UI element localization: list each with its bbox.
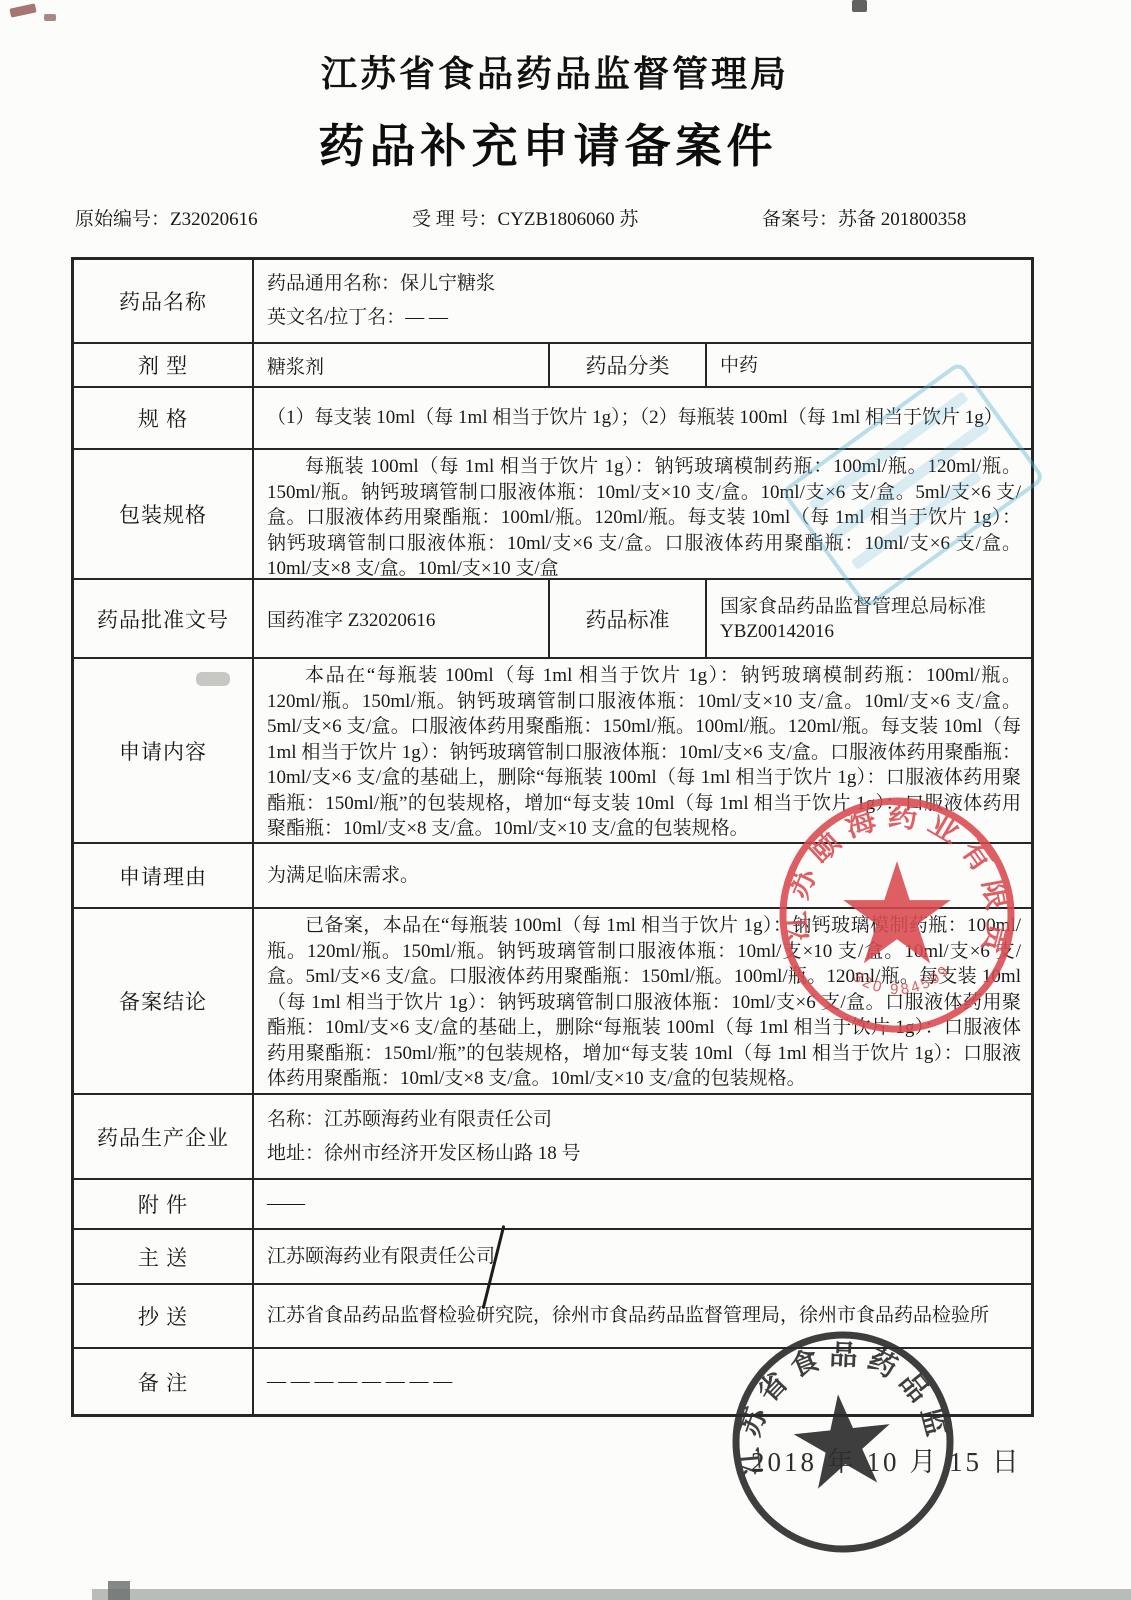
scan-artifact-speck [852,0,867,12]
drug-standard-line1: 国家食品药品监督管理总局标准 [720,594,1021,619]
attachment-value: —— [254,1180,1031,1228]
application-reason-value: 为满足临床需求。 [254,844,1031,907]
main-to-value: 江苏颐海药业有限责任公司 [254,1230,1031,1283]
table-row-approval-no: 药品批准文号 国药准字 Z32020616 药品标准 国家食品药品监督管理总局标… [74,580,1031,659]
original-number: 原始编号：Z32020616 [75,204,258,231]
manufacturer-label: 药品生产企业 [74,1095,254,1178]
copy-to-value: 江苏省食品药品监督检验研究院，徐州市食品药品监督管理局，徐州市食品药品检验所 [254,1285,1031,1347]
drug-name-content: 药品通用名称：保儿宁糖浆 英文名/拉丁名：— — [254,260,1031,342]
record-conclusion-label: 备案结论 [74,909,254,1093]
scan-artifact-speck [9,3,36,17]
document-title: 药品补充申请备案件 [0,110,1096,176]
drug-standard-label: 药品标准 [550,580,707,657]
package-spec-label: 包装规格 [74,450,254,578]
record-number: 备案号：苏备 201800358 [762,204,966,231]
scan-artifact-smudge [196,672,230,686]
table-row-manufacturer: 药品生产企业 名称：江苏颐海药业有限责任公司 地址：徐州市经济开发区杨山路 18… [74,1095,1031,1180]
main-to-label: 主 送 [74,1230,254,1283]
manufacturer-content: 名称：江苏颐海药业有限责任公司 地址：徐州市经济开发区杨山路 18 号 [254,1095,1031,1178]
drug-standard-line2: YBZ00142016 [720,619,1021,644]
application-content-label: 申请内容 [74,659,254,842]
table-row-main-to: 主 送 江苏颐海药业有限责任公司 [74,1230,1031,1285]
table-row-package-spec: 包装规格 每瓶装 100ml（每 1ml 相当于饮片 1g）：钠钙玻璃模制药瓶：… [74,450,1031,580]
application-reason-label: 申请理由 [74,844,254,907]
table-row-dosage-form: 剂 型 糖浆剂 药品分类 中药 [74,344,1031,388]
table-row-drug-name: 药品名称 药品通用名称：保儿宁糖浆 英文名/拉丁名：— — [74,260,1031,344]
scan-edge-band [92,1589,1131,1600]
spec-label: 规 格 [74,388,254,448]
drug-standard-value: 国家食品药品监督管理总局标准 YBZ00142016 [707,580,1031,657]
generic-name-line: 药品通用名称：保儿宁糖浆 [267,271,1021,297]
application-content-value: 本品在“每瓶装 100ml（每 1ml 相当于饮片 1g）：钠钙玻璃模制药瓶：1… [254,659,1031,842]
remark-value: — — — — — — — — [254,1349,1031,1414]
dosage-form-label: 剂 型 [74,344,254,386]
attachment-label: 附 件 [74,1180,254,1228]
scan-edge-smudge [108,1581,130,1600]
table-row-remark: 备 注 — — — — — — — — [74,1349,1031,1414]
remark-label: 备 注 [74,1349,254,1414]
page-title: 江苏省食品药品监督管理局 [0,46,1110,97]
copy-to-label: 抄 送 [74,1285,254,1347]
table-row-application-content: 申请内容 本品在“每瓶装 100ml（每 1ml 相当于饮片 1g）：钠钙玻璃模… [74,659,1031,844]
approval-no-value: 国药准字 Z32020616 [254,580,550,657]
approval-no-label: 药品批准文号 [74,580,254,657]
table-row-attachment: 附 件 —— [74,1180,1031,1230]
table-row-copy-to: 抄 送 江苏省食品药品监督检验研究院，徐州市食品药品监督管理局，徐州市食品药品检… [74,1285,1031,1349]
manufacturer-name-line: 名称：江苏颐海药业有限责任公司 [267,1107,1021,1133]
filing-table: 药品名称 药品通用名称：保儿宁糖浆 英文名/拉丁名：— — 剂 型 糖浆剂 药品… [71,257,1034,1417]
dosage-form-value: 糖浆剂 [254,344,550,386]
record-conclusion-value: 已备案，本品在“每瓶装 100ml（每 1ml 相当于饮片 1g）：钠钙玻璃模制… [254,909,1031,1093]
table-row-application-reason: 申请理由 为满足临床需求。 [74,844,1031,909]
manufacturer-address-line: 地址：徐州市经济开发区杨山路 18 号 [267,1141,1021,1167]
table-row-record-conclusion: 备案结论 已备案，本品在“每瓶装 100ml（每 1ml 相当于饮片 1g）：钠… [74,909,1031,1095]
spec-value: （1）每支装 10ml（每 1ml 相当于饮片 1g）；（2）每瓶装 100ml… [254,388,1031,448]
table-row-spec: 规 格 （1）每支装 10ml（每 1ml 相当于饮片 1g）；（2）每瓶装 1… [74,388,1031,450]
drug-category-label: 药品分类 [550,344,707,386]
drug-category-value: 中药 [707,344,1031,386]
scan-artifact-speck [44,14,56,21]
drug-name-label: 药品名称 [74,260,254,342]
acceptance-number: 受 理 号：CYZB1806060 苏 [412,204,638,231]
filing-date: 2018 年 10 月 15 日 [751,1440,1022,1479]
english-name-line: 英文名/拉丁名：— — [267,305,1021,331]
scanned-document-page: 江苏省食品药品监督管理局 药品补充申请备案件 原始编号：Z32020616 受 … [0,0,1131,1600]
package-spec-value: 每瓶装 100ml（每 1ml 相当于饮片 1g）：钠钙玻璃模制药瓶：100ml… [254,450,1031,578]
